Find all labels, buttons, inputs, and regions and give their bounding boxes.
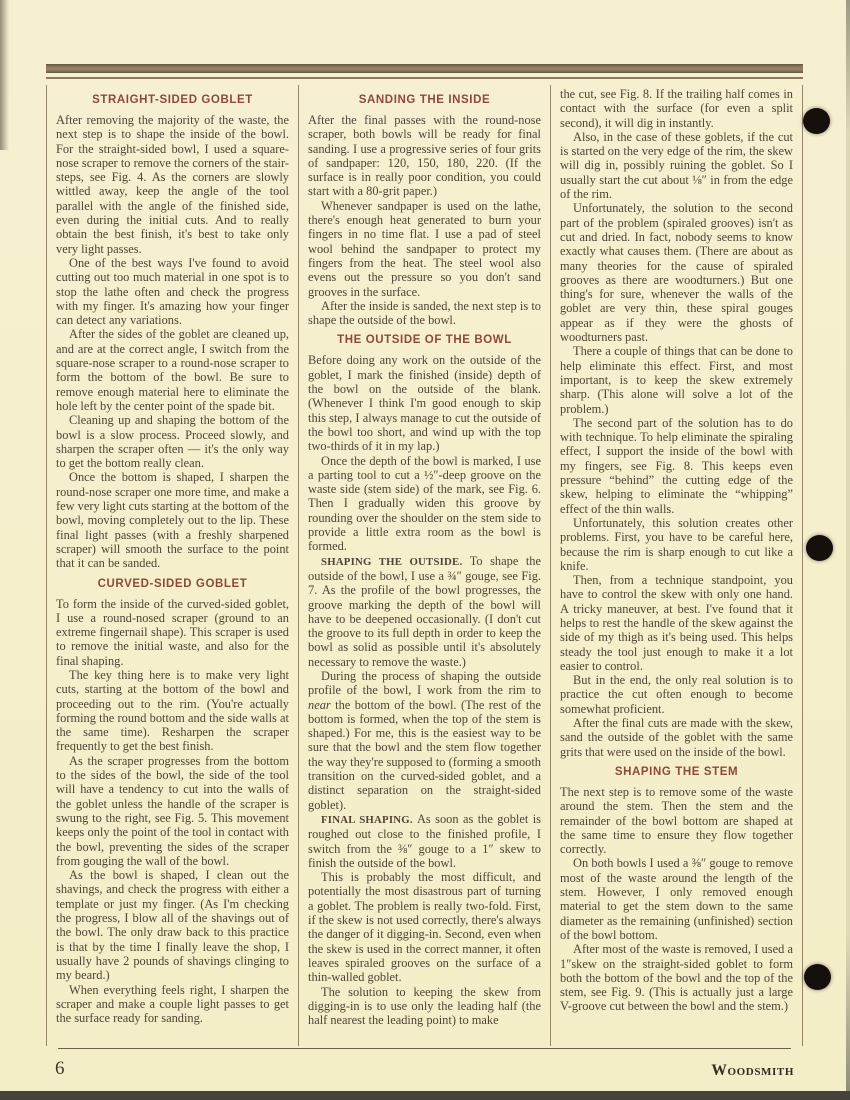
top-rule-thick	[46, 64, 803, 73]
footer-rule	[58, 1048, 791, 1049]
paragraph: The solution to keeping the skew from di…	[308, 985, 541, 1028]
paragraph: Whenever sandpaper is used on the lathe,…	[308, 199, 541, 299]
page-corner-shadow	[0, 0, 9, 150]
paragraph-lead: FINAL SHAPING.	[321, 814, 417, 826]
paragraph: To form the inside of the curved-sided g…	[56, 597, 289, 668]
paragraph: One of the best ways I've found to avoid…	[56, 256, 289, 327]
paragraph: After the final passes with the round-no…	[308, 113, 541, 199]
paragraph: After the final cuts are made with the s…	[560, 716, 793, 759]
paragraph: Unfortunately, the solution to the secon…	[560, 201, 793, 344]
paragraph: As the scraper progresses from the botto…	[56, 754, 289, 868]
section-heading: STRAIGHT-SIDED GOBLET	[56, 94, 289, 106]
page-number: 6	[55, 1058, 65, 1080]
paragraph: Once the bottom is shaped, I sharpen the…	[56, 470, 289, 570]
paragraph: Cleaning up and shaping the bottom of th…	[56, 413, 289, 470]
paragraph: SHAPING THE OUTSIDE. To shape the outsid…	[308, 554, 541, 669]
paragraph-lead: SHAPING THE OUTSIDE.	[321, 556, 470, 568]
page-edge-bottom	[0, 1091, 850, 1100]
binding-hole	[804, 964, 831, 990]
paragraph: FINAL SHAPING. As soon as the goblet is …	[308, 812, 541, 870]
paragraph: The key thing here is to make very light…	[56, 668, 289, 754]
paragraph: After most of the waste is removed, I us…	[560, 942, 793, 1013]
paragraph: During the process of shaping the outsid…	[308, 669, 541, 812]
paragraph: After removing the majority of the waste…	[56, 113, 289, 256]
paragraph: But in the end, the only real solution i…	[560, 673, 793, 716]
paragraph: Unfortunately, this solution creates oth…	[560, 516, 793, 573]
paragraph: The second part of the solution has to d…	[560, 416, 793, 516]
paragraph: the cut, see Fig. 8. If the trailing hal…	[560, 87, 793, 130]
column-right: the cut, see Fig. 8. If the trailing hal…	[550, 85, 802, 1046]
page-edge-right	[846, 0, 850, 1100]
paragraph: This is probably the most difficult, and…	[308, 870, 541, 984]
paragraph: Before doing any work on the outside of …	[308, 353, 541, 453]
section-heading: CURVED-SIDED GOBLET	[56, 578, 289, 590]
section-heading: SHAPING THE STEM	[560, 766, 793, 778]
binding-hole	[803, 108, 830, 134]
column-middle: SANDING THE INSIDEAfter the final passes…	[298, 85, 550, 1046]
section-heading: THE OUTSIDE OF THE BOWL	[308, 334, 541, 346]
column-left: STRAIGHT-SIDED GOBLETAfter removing the …	[47, 85, 298, 1046]
paragraph: Also, in the case of these goblets, if t…	[560, 130, 793, 201]
top-rule-thin	[46, 77, 803, 79]
section-heading: SANDING THE INSIDE	[308, 94, 541, 106]
binding-hole	[806, 535, 833, 561]
paragraph: After the sides of the goblet are cleane…	[56, 327, 289, 413]
paragraph: Then, from a technique standpoint, you h…	[560, 573, 793, 673]
article-body: STRAIGHT-SIDED GOBLETAfter removing the …	[46, 85, 803, 1046]
paragraph: When everything feels right, I sharpen t…	[56, 983, 289, 1026]
magazine-title: Woodsmith	[711, 1062, 794, 1080]
paragraph: Once the depth of the bowl is marked, I …	[308, 454, 541, 554]
paragraph: On both bowls I used a ⅜″ gouge to remov…	[560, 856, 793, 942]
paragraph: As the bowl is shaped, I clean out the s…	[56, 868, 289, 982]
paragraph: There a couple of things that can be don…	[560, 344, 793, 415]
paragraph: After the inside is sanded, the next ste…	[308, 299, 541, 328]
paragraph: The next step is to remove some of the w…	[560, 785, 793, 856]
